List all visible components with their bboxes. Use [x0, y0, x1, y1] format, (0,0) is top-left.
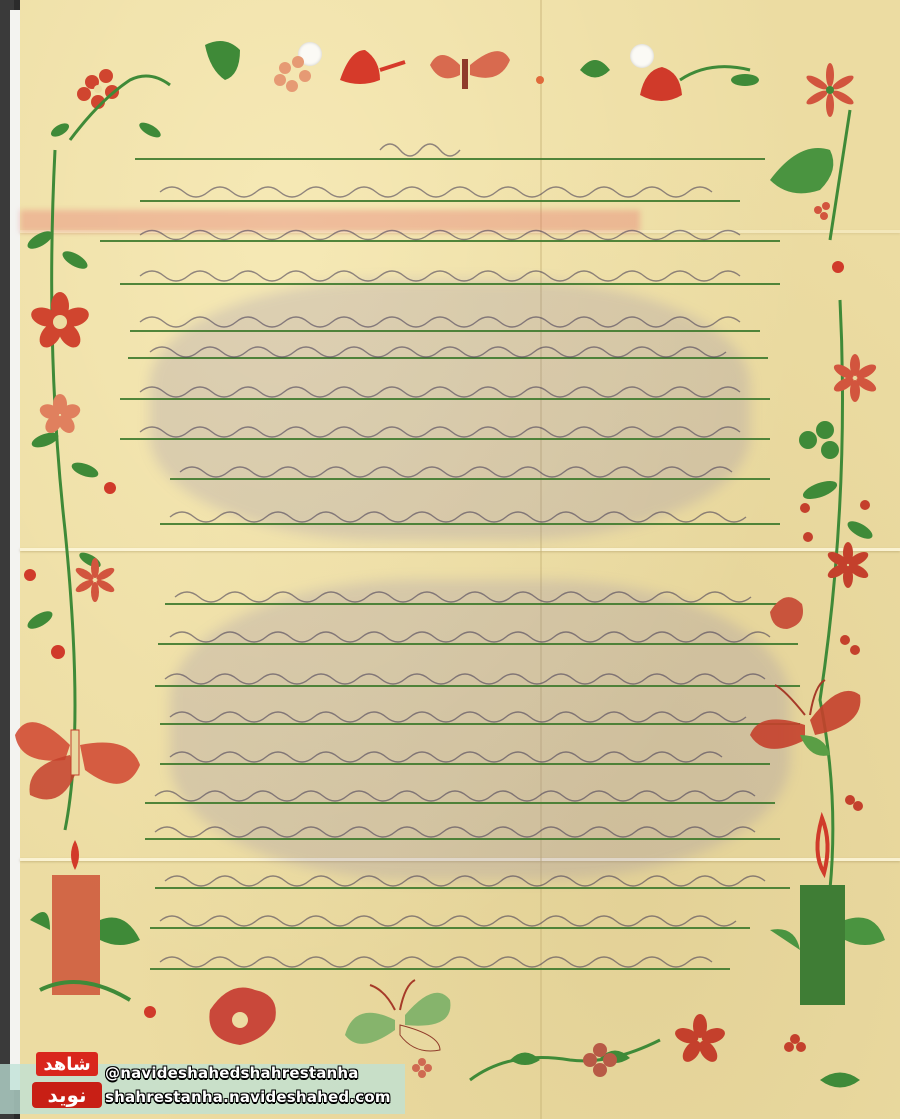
watermark-handle: @navideshahedshahrestanha [105, 1064, 359, 1082]
bottom-butterfly [345, 980, 450, 1051]
watermark-website[interactable]: shahrestanha.navideshahed.com [105, 1088, 391, 1106]
top-border-flowers [49, 41, 856, 273]
svg-text:نوید: نوید [47, 1083, 86, 1107]
floral-border [0, 0, 900, 1119]
right-butterfly [750, 680, 860, 756]
right-candle [770, 818, 885, 1005]
svg-text:شاهد: شاهد [43, 1054, 90, 1075]
navideshahed-logo: شاهد نوید [28, 1046, 108, 1116]
right-border-flowers [750, 300, 885, 1005]
left-candle [30, 840, 156, 1018]
left-butterfly [15, 722, 140, 799]
left-border-flowers [15, 150, 156, 1018]
